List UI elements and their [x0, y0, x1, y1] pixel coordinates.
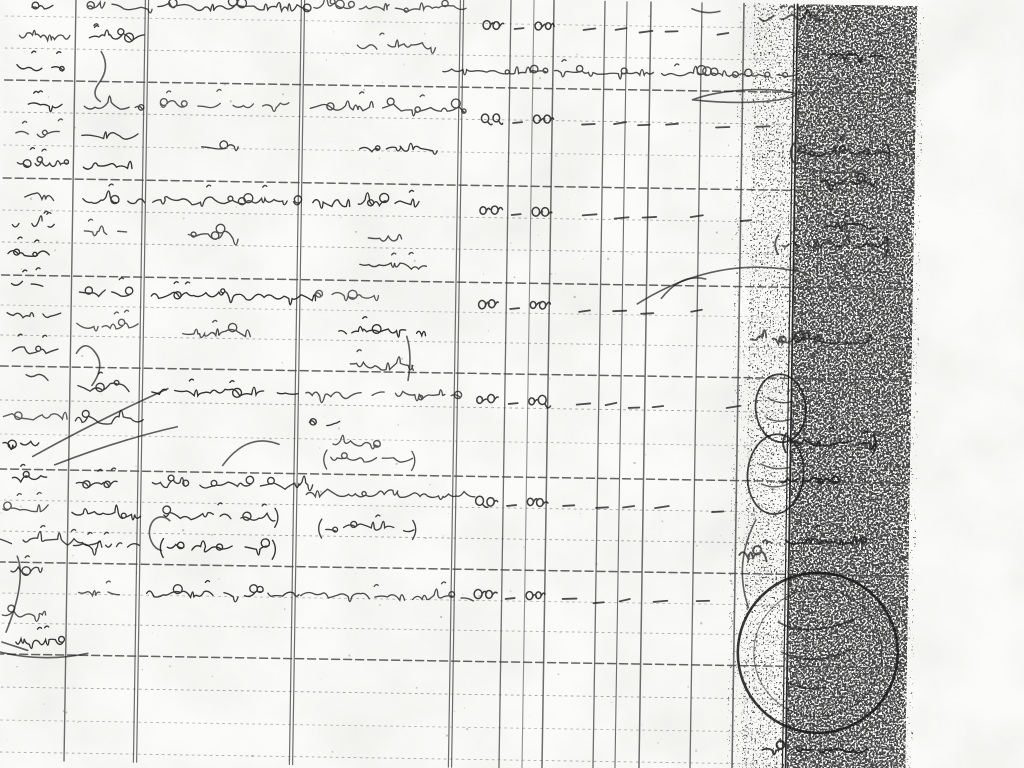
document-render — [0, 0, 1024, 768]
separator-dash — [509, 403, 518, 404]
dash-mark — [643, 217, 657, 218]
separator-dash — [507, 505, 516, 506]
dash-mark — [582, 124, 595, 125]
dash-mark — [666, 123, 678, 124]
separator-dash — [506, 598, 515, 599]
separator-dash — [513, 122, 522, 123]
separator-dash — [512, 214, 521, 215]
dash-mark — [638, 125, 650, 126]
dash-mark — [697, 601, 710, 602]
dash-mark — [596, 507, 608, 508]
dash-mark — [666, 31, 678, 32]
dash-mark — [563, 598, 577, 599]
dash-mark — [629, 407, 640, 408]
dash-mark — [712, 511, 723, 512]
dash-mark — [641, 313, 653, 314]
separator-dash — [510, 308, 519, 309]
dash-mark — [563, 505, 574, 506]
separator-dash — [515, 28, 524, 29]
dash-mark — [613, 310, 626, 311]
photocopy-noise-band — [727, 4, 924, 768]
dash-mark — [594, 602, 604, 603]
scanned-ledger-page — [0, 0, 1024, 768]
dash-mark — [716, 127, 729, 128]
